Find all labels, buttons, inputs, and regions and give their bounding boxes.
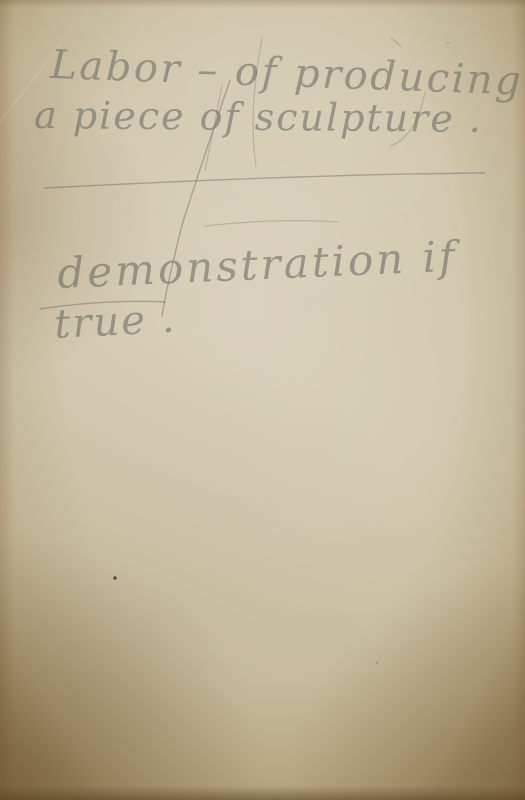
stray-pencil-mark [391, 38, 402, 47]
small-speck [376, 662, 378, 664]
horizontal-pencil-rule [45, 173, 485, 188]
tiny-speck [447, 42, 449, 44]
dark-speck [113, 576, 116, 579]
handwriting-line-3: demonstration if [56, 231, 462, 298]
handwriting-line-2: a piece of sculpture . [34, 93, 483, 141]
handwriting-layer: Labor – of producing a piece of sculptur… [0, 0, 525, 800]
t-crossbar-demonstration [205, 221, 338, 226]
scanned-paper-page: Labor – of producing a piece of sculptur… [0, 0, 525, 800]
handwriting-line-4: true . [53, 296, 177, 348]
